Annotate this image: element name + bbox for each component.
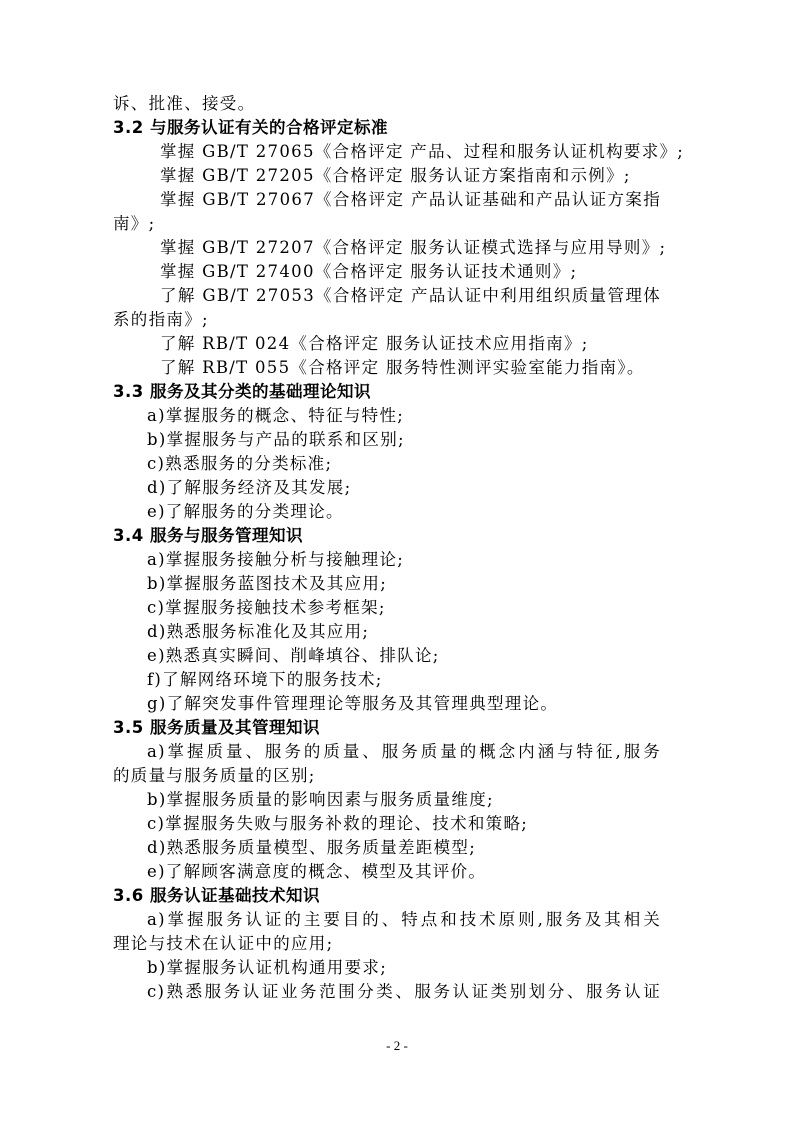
body-text-line: 诉、批准、接受。 [113, 92, 661, 116]
list-item-continuation: 理论与技术在认证中的应用; [113, 932, 661, 956]
standard-item: 了解 RB/T 024《合格评定 服务认证技术应用指南》; [113, 332, 661, 356]
list-item: a)掌握服务接触分析与接触理论; [113, 548, 661, 572]
standard-item-continuation: 系的指南》; [113, 308, 661, 332]
list-item: b)掌握服务质量的影响因素与服务质量维度; [113, 788, 661, 812]
list-item: d)了解服务经济及其发展; [113, 476, 661, 500]
list-item: b)掌握服务与产品的联系和区别; [113, 428, 661, 452]
standard-item: 掌握 GB/T 27400《合格评定 服务认证技术通则》; [113, 260, 661, 284]
list-item: e)了解服务的分类理论。 [113, 500, 661, 524]
list-item: e)了解顾客满意度的概念、模型及其评价。 [113, 860, 661, 884]
list-item: c)熟悉服务认证业务范围分类、服务认证类别划分、服务认证 [113, 980, 661, 1004]
section-heading-3-2: 3.2 与服务认证有关的合格评定标准 [113, 116, 661, 140]
standard-item: 了解 RB/T 055《合格评定 服务特性测评实验室能力指南》。 [113, 356, 661, 380]
standard-item: 掌握 GB/T 27065《合格评定 产品、过程和服务认证机构要求》; [113, 140, 661, 164]
section-heading-3-4: 3.4 服务与服务管理知识 [113, 524, 661, 548]
standard-item: 掌握 GB/T 27205《合格评定 服务认证方案指南和示例》; [113, 164, 661, 188]
standard-item: 掌握 GB/T 27207《合格评定 服务认证模式选择与应用导则》; [113, 236, 661, 260]
standard-item-continuation: 南》; [113, 212, 661, 236]
list-item: f)了解网络环境下的服务技术; [113, 668, 661, 692]
document-page: 诉、批准、接受。 3.2 与服务认证有关的合格评定标准 掌握 GB/T 2706… [113, 92, 661, 1004]
list-item: b)掌握服务认证机构通用要求; [113, 956, 661, 980]
standard-item: 了解 GB/T 27053《合格评定 产品认证中利用组织质量管理体 [113, 284, 661, 308]
list-item-continuation: 的质量与服务质量的区别; [113, 764, 661, 788]
list-item: d)熟悉服务标准化及其应用; [113, 620, 661, 644]
list-item: c)掌握服务接触技术参考框架; [113, 596, 661, 620]
standard-item: 掌握 GB/T 27067《合格评定 产品认证基础和产品认证方案指 [113, 188, 661, 212]
section-heading-3-3: 3.3 服务及其分类的基础理论知识 [113, 380, 661, 404]
section-heading-3-5: 3.5 服务质量及其管理知识 [113, 716, 661, 740]
list-item: d)熟悉服务质量模型、服务质量差距模型; [113, 836, 661, 860]
section-heading-3-6: 3.6 服务认证基础技术知识 [113, 884, 661, 908]
page-number: - 2 - [0, 1038, 794, 1054]
list-item: g)了解突发事件管理理论等服务及其管理典型理论。 [113, 692, 661, 716]
list-item: e)熟悉真实瞬间、削峰填谷、排队论; [113, 644, 661, 668]
list-item: c)熟悉服务的分类标准; [113, 452, 661, 476]
list-item: a)掌握服务的概念、特征与特性; [113, 404, 661, 428]
list-item: a)掌握服务认证的主要目的、特点和技术原则,服务及其相关 [113, 908, 661, 932]
list-item: b)掌握服务蓝图技术及其应用; [113, 572, 661, 596]
list-item: c)掌握服务失败与服务补救的理论、技术和策略; [113, 812, 661, 836]
list-item: a)掌握质量、服务的质量、服务质量的概念内涵与特征,服务 [113, 740, 661, 764]
